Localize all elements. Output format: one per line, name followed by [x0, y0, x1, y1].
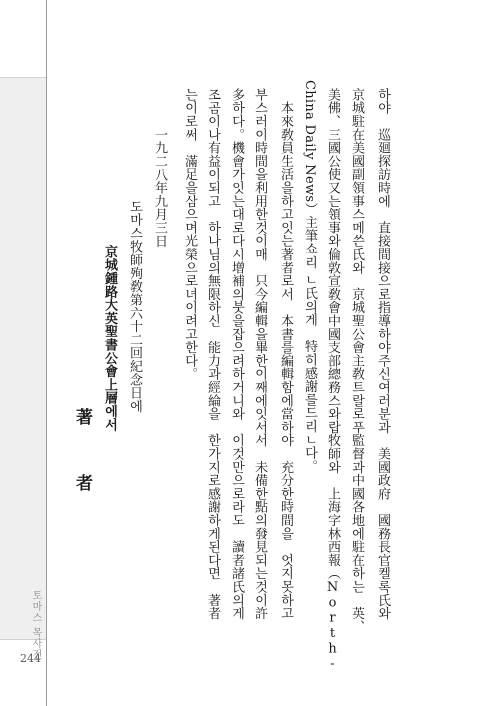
page-number: 244 — [20, 652, 41, 665]
body-column-2: 京城駐在美國副領事스메쓴氏와 京城聖公會主敎트랄로푸監督과中國各地에駐在하는 英… — [350, 88, 363, 633]
author-char-1: 著 — [76, 403, 93, 428]
author-char-2: 者 — [76, 469, 93, 494]
body-column-4: China Daily News）主筆쇼리 ㄴ氏의게 特히感謝를드리ㄴ다。 — [303, 80, 316, 473]
body-column-5: 本來敎員生活을하고잇는著者로서 本書를編輯함에當하야 充分한時間을 엇지못하고 — [279, 88, 292, 620]
signature-occasion: 도마스牧師殉敎第六十二回紀念日에 — [128, 200, 141, 413]
signature-place: 京城鍾路大英聖書公會上層에서 — [103, 245, 116, 431]
body-column-8: 조곰이나有益이되고 하나님의無限하신 能力과經綸을 한가지로感謝하게된다면 著者 — [206, 88, 219, 620]
body-column-7: 多하다。機會가잇는대로다시增補의붓을잡으려하거니와 이것만으로라도 讀者諸氏의게 — [230, 88, 243, 620]
margin-strip — [0, 77, 46, 640]
body-column-9: 는이로써 滿足을삼으며光榮으로녀이려고한다。 — [183, 88, 196, 381]
date-line: 一九二八年九月三日 — [153, 128, 166, 248]
running-title: 토마스 목사전 — [28, 590, 43, 660]
body-column-1: 하야 巡廻探訪時에 直接間接으로指導하야주신여러분과 美國政府 國務長官켈록氏와 — [376, 88, 389, 620]
body-column-3: 美佛、三國公使又는領事와倫敦宣敎會中國支部總務스와랍牧師와 上海字林西報（Nor… — [326, 88, 339, 672]
margin-rule — [46, 0, 47, 706]
body-column-6: 부스러이時間을利用한것이매 只今編輯을畢한이째에잇서서 未備한點의發見되는것이許 — [253, 88, 266, 620]
